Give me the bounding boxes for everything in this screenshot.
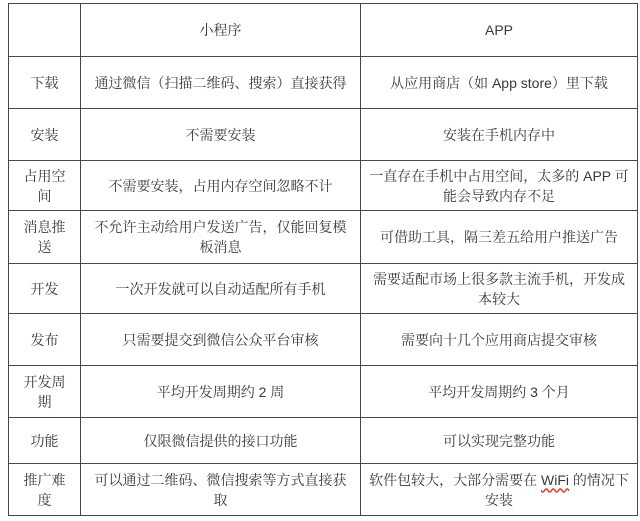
row-label-release: 发布 <box>9 314 81 366</box>
cell-install-app: 安装在手机内存中 <box>361 109 638 161</box>
cell-development-mini: 一次开发就可以自动适配所有手机 <box>81 264 361 314</box>
comparison-table: 小程序 APP 下载 通过微信（扫描二维码、搜索）直接获得 从应用商店（如 Ap… <box>8 3 638 516</box>
row-promotion: 推广难度 可以通过二维码、微信搜索等方式直接获取 软件包较大，大部分需要在 Wi… <box>9 464 638 516</box>
cell-download-app: 从应用商店（如 App store）里下载 <box>361 57 638 109</box>
row-label-dev-cycle: 开发周期 <box>9 366 81 418</box>
cell-promotion-mini: 可以通过二维码、微信搜索等方式直接获取 <box>81 464 361 516</box>
header-mini-program-cell: 小程序 <box>81 4 361 57</box>
cell-install-mini: 不需要安装 <box>81 109 361 161</box>
row-label-install: 安装 <box>9 109 81 161</box>
cell-features-app: 可以实现完整功能 <box>361 418 638 464</box>
cell-dev-cycle-app: 平均开发周期约 3 个月 <box>361 366 638 418</box>
header-row: 小程序 APP <box>9 4 638 57</box>
row-label-storage: 占用空间 <box>9 161 81 211</box>
row-development: 开发 一次开发就可以自动适配所有手机 需要适配市场上很多款主流手机，开发成本较大 <box>9 264 638 314</box>
row-install: 安装 不需要安装 安装在手机内存中 <box>9 109 638 161</box>
row-message-push: 消息推送 不允许主动给用户发送广告，仅能回复模板消息 可借助工具，隔三差五给用户… <box>9 211 638 264</box>
cell-release-app: 需要向十几个应用商店提交审核 <box>361 314 638 366</box>
row-storage: 占用空间 不需要安装，占用内存空间忽略不计 一直存在手机中占用空间，太多的 AP… <box>9 161 638 211</box>
row-label-development: 开发 <box>9 264 81 314</box>
row-label-download: 下载 <box>9 57 81 109</box>
header-app-cell: APP <box>361 4 638 57</box>
cell-message-push-app: 可借助工具，隔三差五给用户推送广告 <box>361 211 638 264</box>
row-release: 发布 只需要提交到微信公众平台审核 需要向十几个应用商店提交审核 <box>9 314 638 366</box>
row-label-features: 功能 <box>9 418 81 464</box>
cell-development-app: 需要适配市场上很多款主流手机，开发成本较大 <box>361 264 638 314</box>
row-label-promotion: 推广难度 <box>9 464 81 516</box>
row-dev-cycle: 开发周期 平均开发周期约 2 周 平均开发周期约 3 个月 <box>9 366 638 418</box>
cell-features-mini: 仅限微信提供的接口功能 <box>81 418 361 464</box>
cell-release-mini: 只需要提交到微信公众平台审核 <box>81 314 361 366</box>
cell-storage-mini: 不需要安装，占用内存空间忽略不计 <box>81 161 361 211</box>
cell-storage-app: 一直存在手机中占用空间，太多的 APP 可能会导致内存不足 <box>361 161 638 211</box>
wifi-spellcheck-text: WiFi <box>541 472 569 488</box>
cell-promotion-app: 软件包较大，大部分需要在 WiFi 的情况下安装 <box>361 464 638 516</box>
cell-message-push-mini: 不允许主动给用户发送广告，仅能回复模板消息 <box>81 211 361 264</box>
row-download: 下载 通过微信（扫描二维码、搜索）直接获得 从应用商店（如 App store）… <box>9 57 638 109</box>
row-label-message-push: 消息推送 <box>9 211 81 264</box>
cell-dev-cycle-mini: 平均开发周期约 2 周 <box>81 366 361 418</box>
cell-download-mini: 通过微信（扫描二维码、搜索）直接获得 <box>81 57 361 109</box>
promotion-app-text-before: 软件包较大，大部分需要在 <box>369 472 541 488</box>
row-features: 功能 仅限微信提供的接口功能 可以实现完整功能 <box>9 418 638 464</box>
header-corner-cell <box>9 4 81 57</box>
